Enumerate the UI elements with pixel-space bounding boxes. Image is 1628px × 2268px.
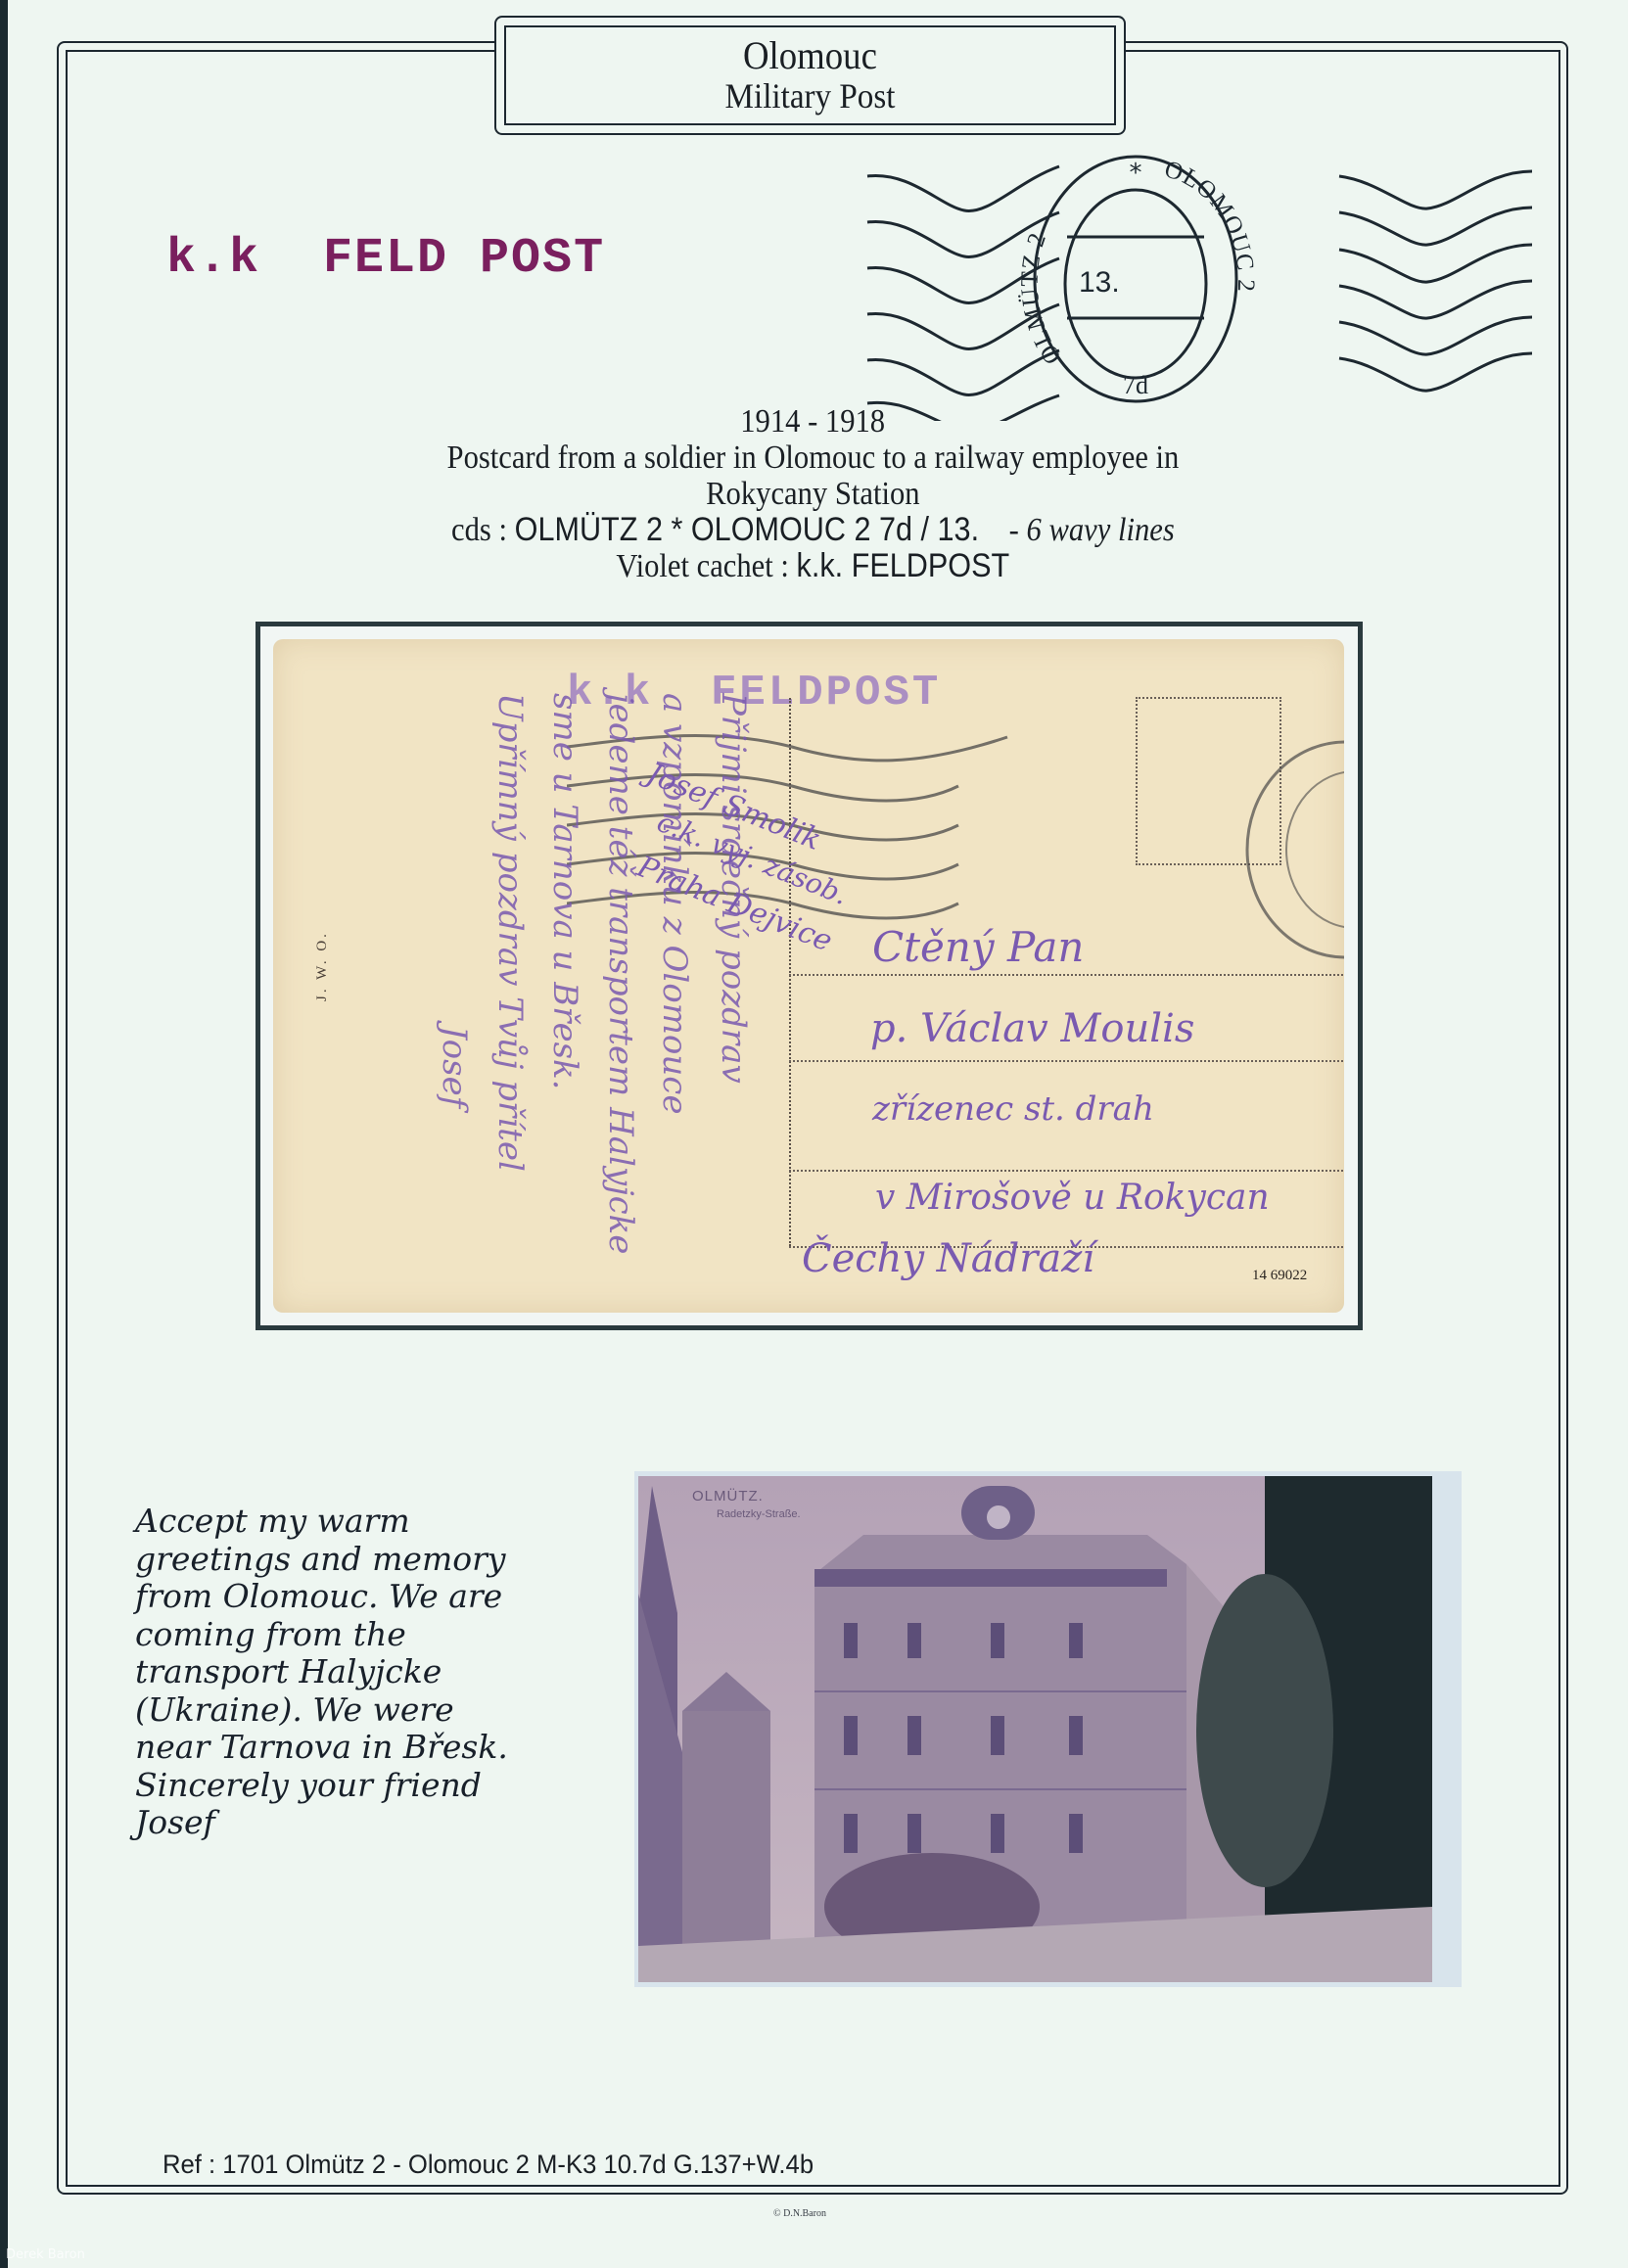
street-building-image-icon bbox=[638, 1476, 1432, 1982]
address-line bbox=[789, 974, 1344, 976]
postcard-address-side: k.k FELDPOST Josef Smolik c.k. vyj. záso… bbox=[273, 639, 1344, 1313]
watermark: Derek Baron bbox=[6, 2247, 85, 2262]
picture-title: OLMÜTZ. bbox=[692, 1488, 764, 1504]
feldpost-cachet-replica: k.k FELD POST bbox=[166, 231, 605, 287]
message-signature: Josef bbox=[435, 1026, 474, 1108]
address-line bbox=[789, 1060, 1344, 1062]
scan-edge-strip bbox=[0, 0, 8, 2268]
cachet-label: Violet cachet : bbox=[616, 548, 796, 584]
message-line: Upřímný pozdrav Tvůj přítel bbox=[490, 693, 530, 1172]
picture-postcard-front: OLMÜTZ. Radetzky-Straße. bbox=[638, 1476, 1432, 1982]
message-line: Přijmi srdečný pozdrav bbox=[714, 693, 753, 1084]
cds-value: OLMÜTZ 2 * OLOMOUC 2 7d / 13. bbox=[514, 511, 978, 548]
copyright-notice: © D.N.Baron bbox=[773, 2208, 826, 2219]
svg-text:OLMÜTZ 2: OLMÜTZ 2 bbox=[1017, 229, 1067, 369]
postmark-partial-icon bbox=[1237, 732, 1344, 967]
svg-text:OLOMOUC 2: OLOMOUC 2 bbox=[1161, 156, 1259, 293]
svg-text:13.: 13. bbox=[1079, 266, 1120, 299]
item-description: 1914 - 1918 Postcard from a soldier in O… bbox=[294, 403, 1331, 584]
address-occupation: zřízenec st. drah bbox=[872, 1089, 1154, 1129]
translation-caption: Accept my warm greetings and memory from… bbox=[135, 1503, 508, 1842]
address-town: v Mirošově u Rokycan bbox=[875, 1178, 1270, 1218]
address-line bbox=[789, 1170, 1344, 1172]
wavy-lines-right-icon bbox=[1339, 171, 1532, 391]
card-number: 14 69022 bbox=[1252, 1268, 1307, 1284]
address-salutation: Ctěný Pan bbox=[872, 923, 1084, 971]
catalogue-reference: Ref : 1701 Olmütz 2 - Olomouc 2 M-K3 10.… bbox=[163, 2150, 814, 2180]
cachet-value: k.k. FELDPOST bbox=[796, 547, 1009, 584]
period-text: 1914 - 1918 bbox=[740, 403, 885, 440]
address-country: Čechy Nádraží bbox=[802, 1236, 1094, 1281]
circular-date-stamp-icon: * 13. 7d OLMÜTZ 2 OLOMOUC 2 bbox=[1017, 156, 1260, 401]
svg-text:*: * bbox=[1130, 159, 1142, 188]
description-line2: Rokycany Station bbox=[706, 476, 919, 512]
cds-note: - 6 wavy lines bbox=[1008, 512, 1174, 548]
page-title-box: Olomouc Military Post bbox=[494, 16, 1126, 135]
address-recipient: p. Václav Moulis bbox=[870, 1006, 1194, 1051]
picture-subtitle: Radetzky-Straße. bbox=[717, 1508, 801, 1520]
description-line1: Postcard from a soldier in Olomouc to a … bbox=[446, 440, 1179, 476]
message-line: sme u Tarnova u Břesk. bbox=[545, 693, 584, 1089]
publisher-mark: J. W. O. bbox=[314, 931, 331, 1001]
page-title: Olomouc bbox=[743, 35, 877, 76]
cds-label: cds : bbox=[451, 512, 515, 548]
message-line: a vzpomínku z Olomouce bbox=[655, 693, 694, 1114]
message-line: jedeme též transportem Halyjcke bbox=[601, 693, 640, 1254]
svg-text:7d: 7d bbox=[1123, 371, 1148, 399]
postmark-replica: * 13. 7d OLMÜTZ 2 OLOMOUC 2 bbox=[852, 137, 1557, 421]
page-subtitle: Military Post bbox=[725, 76, 896, 116]
